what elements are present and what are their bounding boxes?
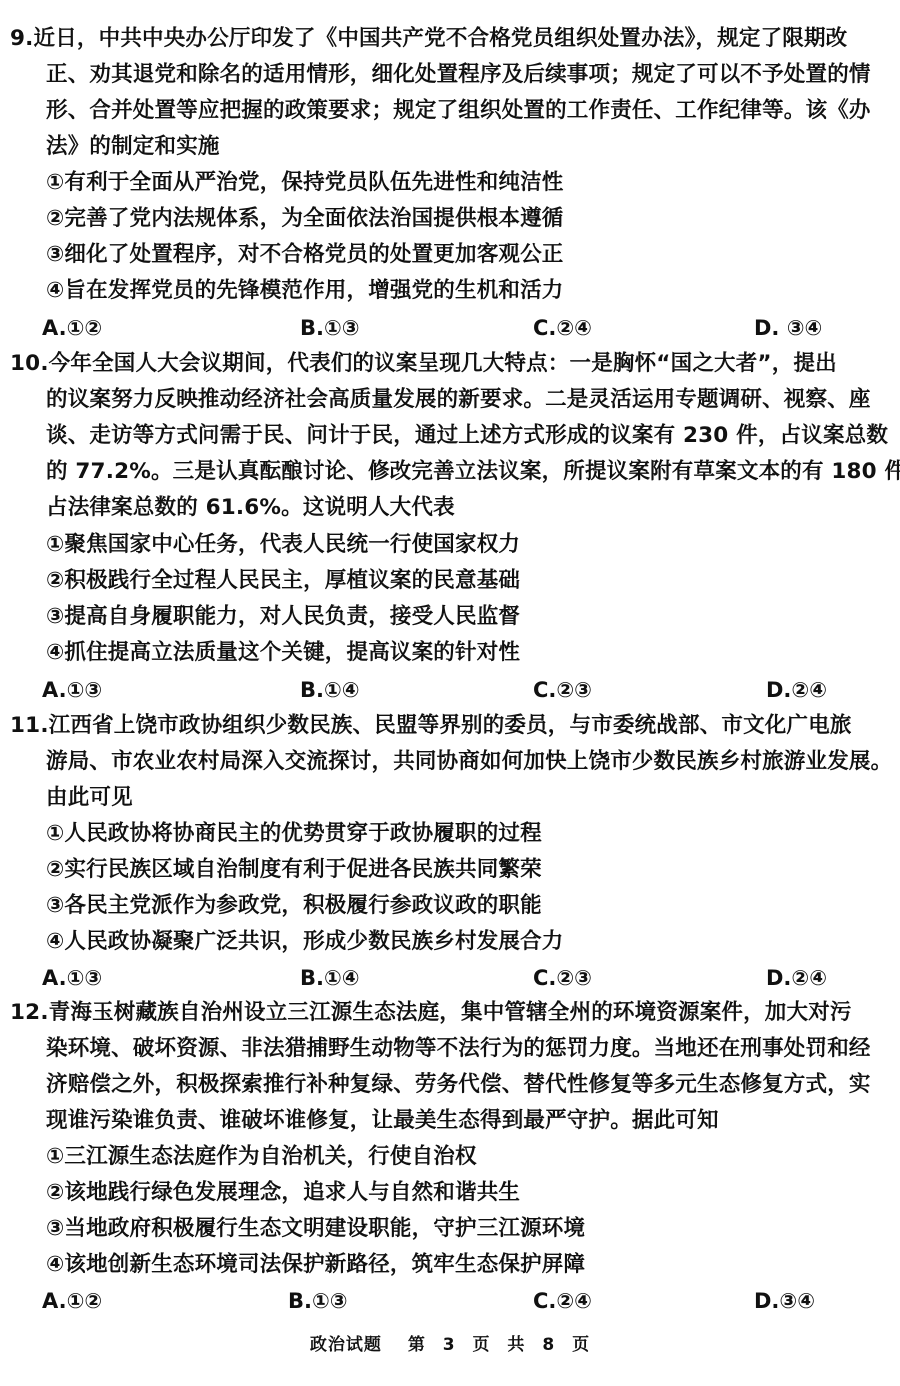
statement: ③提高自身履职能力，对人民负责，接受人民监督 (46, 602, 520, 632)
page-prefix: 第 (408, 1335, 426, 1355)
answer-choices: A.①② B.①③ C.②④ D.③④ (0, 1286, 900, 1316)
choice-a: A.①② (42, 313, 102, 343)
statement: ③各民主党派作为参政党，积极履行参政议政的职能 (46, 891, 542, 921)
total-unit: 页 (572, 1335, 590, 1355)
question-stem-line: 染环境、破坏资源、非法猎捕野生动物等不法行为的惩罚力度。当地还在刑事处罚和经 (46, 1034, 871, 1064)
exam-page: 9.近日，中共中央办公厅印发了《中国共产党不合格党员组织处置办法》，规定了限期改… (0, 0, 900, 1386)
question-stem-line: 法》的制定和实施 (46, 132, 220, 162)
statement: ④该地创新生态环境司法保护新路径，筑牢生态保护屏障 (46, 1250, 585, 1280)
question-stem-line: 由此可见 (46, 783, 133, 813)
choice-c: C.②④ (533, 313, 592, 343)
statement: ②积极践行全过程人民民主，厚植议案的民意基础 (46, 566, 520, 596)
total-pages: 8 (542, 1335, 555, 1355)
answer-choices: A.①③ B.①④ C.②③ D.②④ (0, 963, 900, 993)
question-stem-line: 谈、走访等方式问需于民、问计于民，通过上述方式形成的议案有 230 件，占议案总… (46, 421, 888, 451)
question-stem-line: 正、劝其退党和除名的适用情形，细化处置程序及后续事项；规定了可以不予处置的情 (46, 60, 871, 90)
question-stem-line: 现谁污染谁负责、谁破坏谁修复，让最美生态得到最严守护。据此可知 (46, 1106, 719, 1136)
question-stem-line: 12.青海玉树藏族自治州设立三江源生态法庭，集中管辖全州的环境资源案件，加大对污 (10, 998, 852, 1028)
question-stem-line: 10.今年全国人大会议期间，代表们的议案呈现几大特点：一是胸怀“国之大者”，提出 (10, 349, 837, 379)
answer-choices: A.①③ B.①④ C.②③ D.②④ (0, 675, 900, 705)
statement: ④旨在发挥党员的先锋模范作用，增强党的生机和活力 (46, 276, 564, 306)
question-stem-line: 济赔偿之外，积极探索推行补种复绿、劳务代偿、替代性修复等多元生态修复方式，实 (46, 1070, 871, 1100)
page-footer: 政治试题 第 3 页 共 8 页 (0, 1330, 900, 1355)
choice-b: B.①④ (300, 675, 360, 705)
question-stem-line: 占法律案总数的 61.6%。这说明人大代表 (46, 493, 455, 523)
statement: ①三江源生态法庭作为自治机关，行使自治权 (46, 1142, 477, 1172)
statement: ②实行民族区域自治制度有利于促进各民族共同繁荣 (46, 855, 542, 885)
choice-c: C.②③ (533, 675, 592, 705)
choice-d: D. ③④ (754, 313, 822, 343)
subject-label: 政治试题 (310, 1335, 382, 1355)
statement: ②完善了党内法规体系，为全面依法治国提供根本遵循 (46, 204, 564, 234)
choice-c: C.②④ (533, 1286, 592, 1316)
choice-a: A.①③ (42, 675, 102, 705)
answer-choices: A.①② B.①③ C.②④ D. ③④ (0, 313, 900, 343)
question-stem-line: 的议案努力反映推动经济社会高质量发展的新要求。二是灵活运用专题调研、视察、座 (46, 385, 871, 415)
question-stem-line: 游局、市农业农村局深入交流探讨，共同协商如何加快上饶市少数民族乡村旅游业发展。 (46, 747, 892, 777)
question-stem-line: 的 77.2%。三是认真酝酿讨论、修改完善立法议案，所提议案附有草案文本的有 1… (46, 457, 900, 487)
statement: ④抓住提高立法质量这个关键，提高议案的针对性 (46, 638, 520, 668)
choice-d: D.②④ (766, 963, 827, 993)
page-unit: 页 (473, 1335, 491, 1355)
statement: ③当地政府积极履行生态文明建设职能，守护三江源环境 (46, 1214, 585, 1244)
choice-b: B.①③ (300, 313, 360, 343)
statement: ④人民政协凝聚广泛共识，形成少数民族乡村发展合力 (46, 927, 564, 957)
choice-a: A.①③ (42, 963, 102, 993)
question-stem-line: 11.江西省上饶市政协组织少数民族、民盟等界别的委员，与市委统战部、市文化广电旅 (10, 711, 852, 741)
statement: ③细化了处置程序，对不合格党员的处置更加客观公正 (46, 240, 564, 270)
choice-c: C.②③ (533, 963, 592, 993)
page-number: 3 (443, 1335, 456, 1355)
statement: ①有利于全面从严治党，保持党员队伍先进性和纯洁性 (46, 168, 564, 198)
choice-a: A.①② (42, 1286, 102, 1316)
choice-d: D.③④ (754, 1286, 815, 1316)
choice-b: B.①③ (288, 1286, 348, 1316)
statement: ①人民政协将协商民主的优势贯穿于政协履职的过程 (46, 819, 542, 849)
question-stem-line: 9.近日，中共中央办公厅印发了《中国共产党不合格党员组织处置办法》，规定了限期改 (10, 24, 847, 54)
question-stem-line: 形、合并处置等应把握的政策要求；规定了组织处置的工作责任、工作纪律等。该《办 (46, 96, 871, 126)
choice-b: B.①④ (300, 963, 360, 993)
statement: ②该地践行绿色发展理念，追求人与自然和谐共生 (46, 1178, 520, 1208)
total-prefix: 共 (507, 1335, 525, 1355)
choice-d: D.②④ (766, 675, 827, 705)
statement: ①聚焦国家中心任务，代表人民统一行使国家权力 (46, 530, 520, 560)
